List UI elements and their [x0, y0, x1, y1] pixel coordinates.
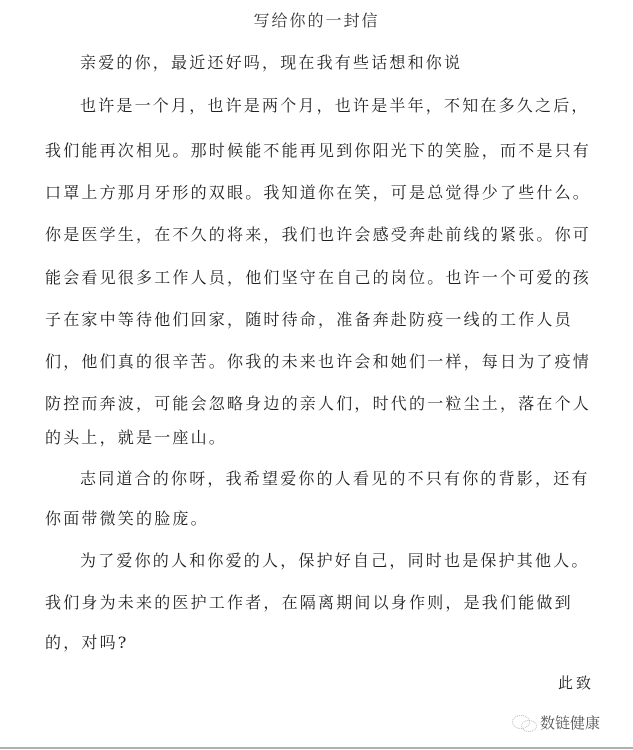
letter-line: 为了爱你的人和你爱的人，保护好自己，同时也是保护其他人。 — [80, 548, 633, 571]
wechat-icon — [512, 713, 538, 733]
letter-line: 亲爱的你，最近还好吗，现在我有些话想和你说 — [80, 50, 633, 73]
letter-line: 我们身为未来的医护工作者，在隔离期间以身作则，是我们能做到 — [45, 590, 605, 613]
watermark-text: 数链健康 — [540, 712, 600, 733]
letter-line: 的，对吗? — [45, 630, 605, 653]
letter-line: 子在家中等待他们回家，随时待命，准备奔赴防疫一线的工作人员 — [45, 307, 605, 330]
letter-title: 写给你的一封信 — [0, 8, 633, 31]
letter-closing: 此致 — [558, 672, 594, 693]
letter-line: 你是医学生，在不久的将来，我们也许会感受奔赴前线的紧张。你可 — [45, 222, 605, 245]
letter-line: 的头上，就是一座山。 — [45, 425, 605, 448]
letter-line: 防控而奔波，可能会忽略身边的亲人们，时代的一粒尘土，落在个人 — [45, 391, 605, 414]
letter-line: 口罩上方那月牙形的双眼。我知道你在笑，可是总觉得少了些什么。 — [45, 180, 605, 203]
letter-line: 也许是一个月，也许是两个月，也许是半年，不知在多久之后， — [80, 93, 633, 116]
letter-line: 你面带微笑的脸庞。 — [45, 506, 605, 529]
bottom-divider — [0, 747, 633, 749]
watermark: 数链健康 — [512, 712, 600, 733]
letter-line: 我们能再次相见。那时候能不能再见到你阳光下的笑脸，而不是只有 — [45, 138, 605, 161]
letter-line: 能会看见很多工作人员，他们坚守在自己的岗位。也许一个可爱的孩 — [45, 265, 605, 288]
letter-line: 们，他们真的很辛苦。你我的未来也许会和她们一样，每日为了疫情 — [45, 349, 605, 372]
letter-line: 志同道合的你呀，我希望爱你的人看见的不只有你的背影，还有 — [80, 466, 633, 489]
